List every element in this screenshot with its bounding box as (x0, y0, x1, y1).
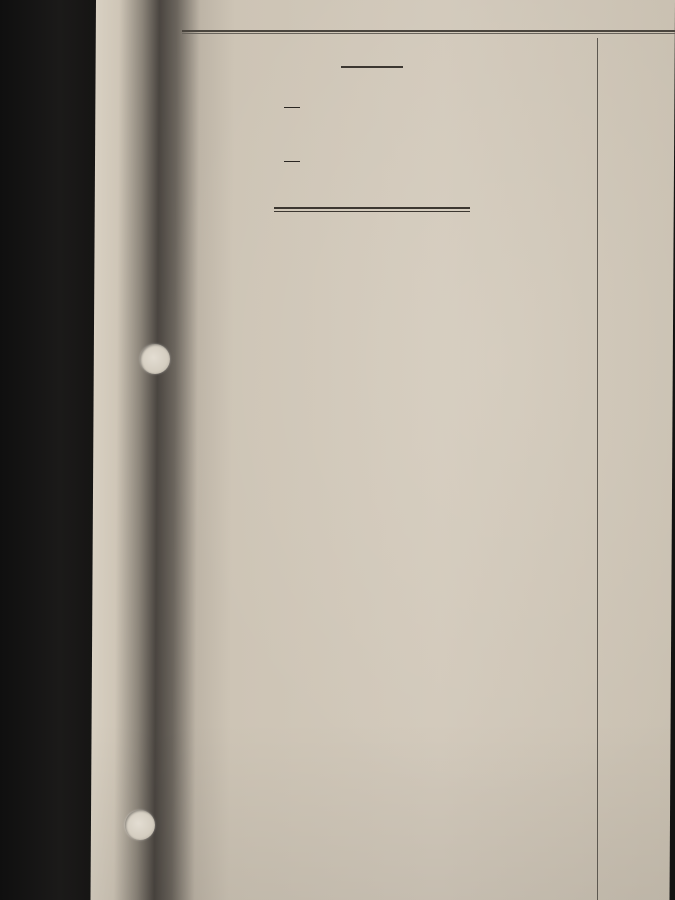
column-divider (597, 38, 598, 900)
section-separator (341, 66, 403, 68)
secretary-line (620, 50, 675, 68)
letter-thp (176, 83, 567, 212)
ratio-correct (176, 137, 567, 189)
end-rule (274, 207, 470, 212)
fraction-bar (284, 161, 300, 162)
spacer (620, 126, 675, 166)
right-column (620, 50, 675, 185)
header-rule-thin (182, 33, 675, 34)
spacer (620, 86, 675, 126)
dark-background (0, 0, 100, 900)
header-rule (182, 30, 675, 32)
ratio-wrong (176, 83, 567, 135)
secretary-town (620, 68, 675, 86)
main-column (176, 50, 567, 212)
fraction-bar (284, 107, 300, 108)
punch-hole-bottom (125, 810, 155, 840)
page-header (196, 8, 675, 30)
right-column-last-line (620, 166, 675, 184)
punch-hole-top (140, 344, 170, 374)
